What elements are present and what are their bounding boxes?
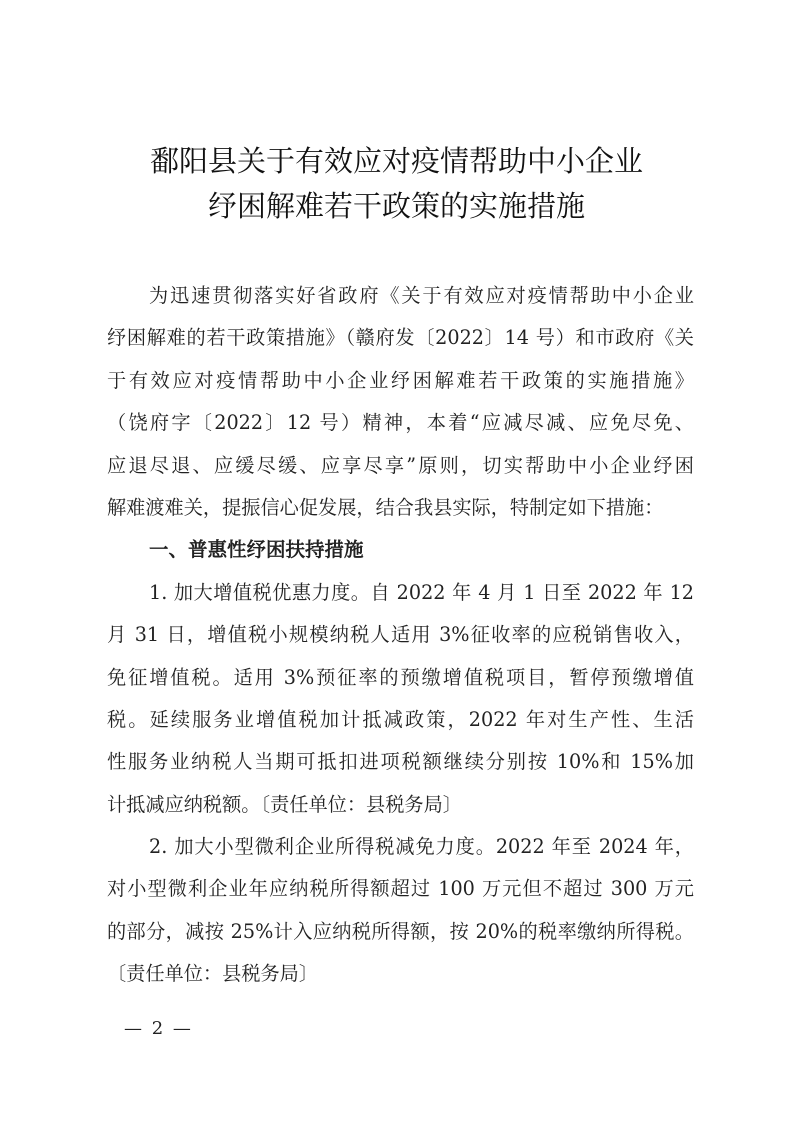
document-title-line-2: 纾困解难若干政策的实施措施 — [0, 186, 793, 226]
item-1-line-1: 1. 加大增值税优惠力度。自 2022 年 4 月 1 日至 2022 年 12 — [107, 572, 694, 614]
preamble-line-2: 纾困解难的若干政策措施》（赣府发〔2022〕14 号）和市政府《关 — [107, 317, 694, 359]
section-heading: 一、普惠性纾困扶持措施 — [107, 529, 694, 571]
preamble-line-3: 于有效应对疫情帮助中小企业纾困解难若干政策的实施措施》 — [107, 360, 694, 402]
document-page: 鄱阳县关于有效应对疫情帮助中小企业 纾困解难若干政策的实施措施 为迅速贯彻落实好… — [0, 0, 793, 1122]
item-1-line-4: 税。延续服务业增值税加计抵减政策，2022 年对生产性、生活 — [107, 699, 694, 741]
document-title-line-1: 鄱阳县关于有效应对疫情帮助中小企业 — [0, 141, 793, 181]
item-1-responsibility: 计抵减应纳税额。〔责任单位：县税务局〕 — [107, 784, 694, 826]
page-number: — 2 — — [124, 1018, 193, 1039]
item-2-line-1: 2. 加大小型微利企业所得税减免力度。2022 年至 2024 年， — [107, 826, 694, 868]
item-2-line-2: 对小型微利企业年应纳税所得额超过 100 万元但不超过 300 万元 — [107, 868, 694, 910]
document-body: 为迅速贯彻落实好省政府《关于有效应对疫情帮助中小企业 纾困解难的若干政策措施》（… — [107, 275, 694, 996]
item-1-line-5: 性服务业纳税人当期可抵扣进项税额继续分别按 10%和 15%加 — [107, 741, 694, 783]
item-2-responsibility: 〔责任单位：县税务局〕 — [107, 953, 694, 995]
preamble-line-4: （饶府字〔2022〕12 号）精神，本着“应减尽减、应免尽免、 — [107, 402, 694, 444]
preamble-line-5: 应退尽退、应缓尽缓、应享尽享”原则，切实帮助中小企业纾困 — [107, 445, 694, 487]
preamble-line-6: 解难渡难关，提振信心促发展，结合我县实际，特制定如下措施： — [107, 487, 694, 529]
item-1-line-3: 免征增值税。适用 3%预征率的预缴增值税项目，暂停预缴增值 — [107, 657, 694, 699]
item-2-line-3: 的部分，减按 25%计入应纳税所得额，按 20%的税率缴纳所得税。 — [107, 911, 694, 953]
preamble-line-1: 为迅速贯彻落实好省政府《关于有效应对疫情帮助中小企业 — [107, 275, 694, 317]
item-1-line-2: 月 31 日，增值税小规模纳税人适用 3%征收率的应税销售收入， — [107, 614, 694, 656]
